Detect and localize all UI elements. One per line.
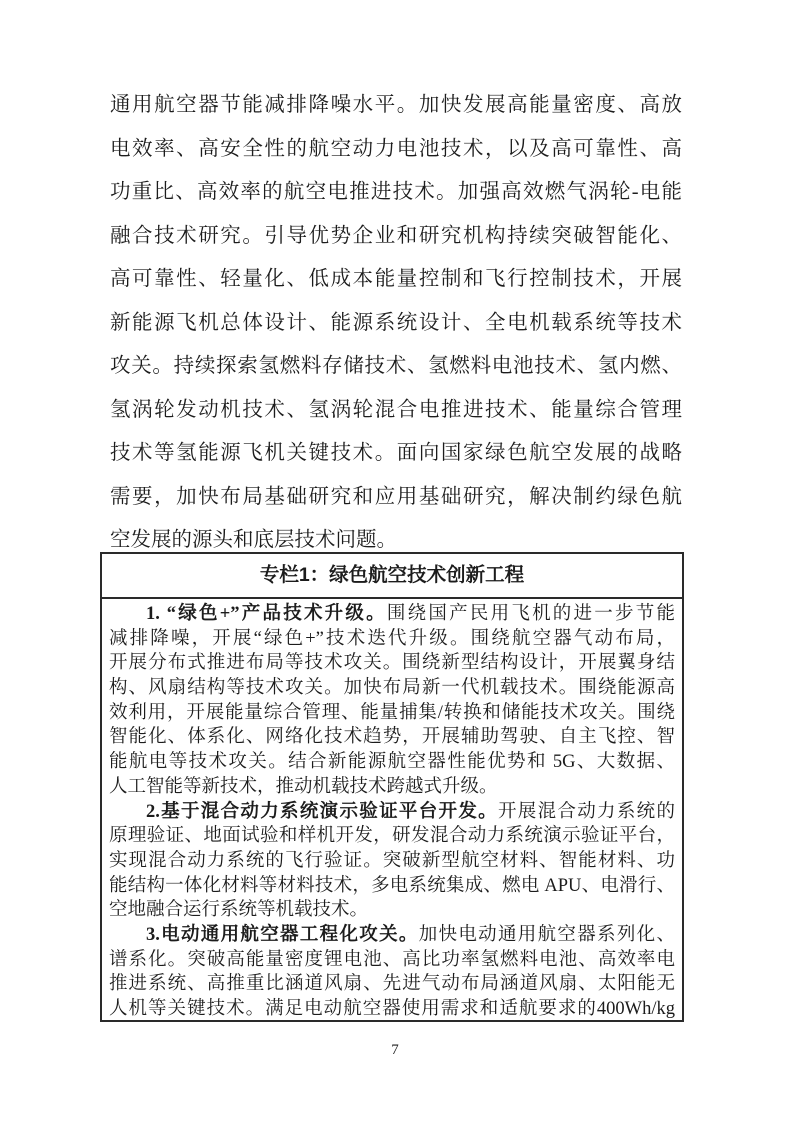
text-run: 减排降噪，开展“绿色+”技术迭代升级。围绕航空器气动布局， (109, 629, 675, 649)
text-run: 能航电等技术攻关。结合新能源航空器性能优势和 5G、大数据、 (109, 752, 675, 772)
text-line: 高可靠性、轻量化、低成本能量控制和飞行控制技术，开展 (110, 258, 682, 302)
text-line: 原理验证、地面试验和样机开发，研发混合动力系统演示验证平台， (109, 824, 675, 849)
text-run: 推进系统、高推重比涵道风扇、先进气动布局涵道风扇、太阳能无 (109, 974, 675, 994)
body-paragraph: 通用航空器节能减排降噪水平。加快发展高能量密度、高放电效率、高安全性的航空动力电… (110, 84, 682, 563)
text-run: 构、风扇结构等技术攻关。加快布局新一代机载技术。围绕能源高 (109, 678, 675, 698)
text-run: 原理验证、地面试验和样机开发，研发混合动力系统演示验证平台， (109, 826, 675, 846)
text-run: 通用航空器节能减排降噪水平。加快发展高能量密度、高放 (110, 94, 682, 116)
text-line: 需要，加快布局基础研究和应用基础研究，解决制约绿色航 (110, 476, 682, 520)
text-run: 融合技术研究。引导优势企业和研究机构持续突破智能化、 (110, 225, 682, 247)
text-line: 推进系统、高推重比涵道风扇、先进气动布局涵道风扇、太阳能无 (109, 972, 675, 997)
text-line: 智能化、体系化、网络化技术趋势，开展辅助驾驶、自主飞控、智 (109, 725, 675, 750)
text-run-bold: 2.基于混合动力系统演示验证平台开发。 (146, 802, 498, 822)
text-line: 电效率、高安全性的航空动力电池技术，以及高可靠性、高 (110, 128, 682, 172)
text-line: 人机等关键技术。满足电动航空器使用需求和适航要求的400Wh/kg (109, 997, 675, 1022)
text-run: 围绕国产民用飞机的进一步节能 (387, 604, 675, 624)
text-run: 技术等氢能源飞机关键技术。面向国家绿色航空发展的战略 (110, 442, 682, 464)
text-line: 新能源飞机总体设计、能源系统设计、全电机载系统等技术 (110, 302, 682, 346)
document-page: 通用航空器节能减排降噪水平。加快发展高能量密度、高放电效率、高安全性的航空动力电… (0, 0, 790, 1123)
text-run: 实现混合动力系统的飞行验证。突破新型航空材料、智能材料、功 (109, 851, 675, 871)
text-run-bold: 1. “绿色+”产品技术升级。 (146, 604, 387, 624)
text-line: 能航电等技术攻关。结合新能源航空器性能优势和 5G、大数据、 (109, 750, 675, 775)
text-line: 通用航空器节能减排降噪水平。加快发展高能量密度、高放 (110, 84, 682, 128)
text-run: 智能化、体系化、网络化技术趋势，开展辅助驾驶、自主飞控、智 (109, 727, 675, 747)
text-line: 3.电动通用航空器工程化攻关。加快电动通用航空器系列化、 (109, 923, 675, 948)
text-line: 空地融合运行系统等机载技术。 (109, 898, 675, 923)
text-run: 功重比、高效率的航空电推进技术。加强高效燃气涡轮-电能 (110, 181, 682, 203)
text-run: 人机等关键技术。满足电动航空器使用需求和适航要求的400Wh/kg (109, 999, 675, 1019)
text-run: 电效率、高安全性的航空动力电池技术，以及高可靠性、高 (110, 138, 682, 160)
text-run: 新能源飞机总体设计、能源系统设计、全电机载系统等技术 (110, 312, 682, 334)
text-line: 减排降噪，开展“绿色+”技术迭代升级。围绕航空器气动布局， (109, 627, 675, 652)
text-line: 攻关。持续探索氢燃料存储技术、氢燃料电池技术、氢内燃、 (110, 345, 682, 389)
text-run: 效利用，开展能量综合管理、能量捕集/转换和储能技术攻关。围绕 (109, 703, 675, 723)
text-run: 能结构一体化材料等材料技术，多电系统集成、燃电 APU、电滑行、 (109, 876, 675, 896)
text-run-bold: 3.电动通用航空器工程化攻关。 (146, 925, 419, 945)
text-line: 人工智能等新技术，推动机载技术跨越式升级。 (109, 775, 675, 800)
text-run: 氢涡轮发动机技术、氢涡轮混合电推进技术、能量综合管理 (110, 399, 682, 421)
text-line: 效利用，开展能量综合管理、能量捕集/转换和储能技术攻关。围绕 (109, 701, 675, 726)
panel-title: 专栏1：绿色航空技术创新工程 (102, 554, 682, 599)
text-run: 加快电动通用航空器系列化、 (419, 925, 675, 945)
text-line: 实现混合动力系统的飞行验证。突破新型航空材料、智能材料、功 (109, 849, 675, 874)
text-line: 能结构一体化材料等材料技术，多电系统集成、燃电 APU、电滑行、 (109, 874, 675, 899)
text-line: 谱系化。突破高能量密度锂电池、高比功率氢燃料电池、高效率电 (109, 948, 675, 973)
panel-content: 1. “绿色+”产品技术升级。围绕国产民用飞机的进一步节能减排降噪，开展“绿色+… (102, 599, 682, 1026)
text-run: 需要，加快布局基础研究和应用基础研究，解决制约绿色航 (110, 486, 682, 508)
text-line: 1. “绿色+”产品技术升级。围绕国产民用飞机的进一步节能 (109, 602, 675, 627)
text-line: 技术等氢能源飞机关键技术。面向国家绿色航空发展的战略 (110, 432, 682, 476)
text-line: 融合技术研究。引导优势企业和研究机构持续突破智能化、 (110, 215, 682, 259)
text-run: 开展分布式推进布局等技术攻关。围绕新型结构设计，开展翼身结 (109, 653, 675, 673)
panel-box: 专栏1：绿色航空技术创新工程 1. “绿色+”产品技术升级。围绕国产民用飞机的进… (100, 552, 684, 1022)
text-line: 功重比、高效率的航空电推进技术。加强高效燃气涡轮-电能 (110, 171, 682, 215)
text-run: 人工智能等新技术，推动机载技术跨越式升级。 (109, 777, 498, 797)
text-run: 空地融合运行系统等机载技术。 (109, 900, 368, 920)
text-run: 空发展的源头和底层技术问题。 (110, 529, 397, 551)
text-line: 构、风扇结构等技术攻关。加快布局新一代机载技术。围绕能源高 (109, 676, 675, 701)
text-run: 高可靠性、轻量化、低成本能量控制和飞行控制技术，开展 (110, 268, 682, 290)
text-run: 谱系化。突破高能量密度锂电池、高比功率氢燃料电池、高效率电 (109, 950, 675, 970)
page-number: 7 (0, 1042, 790, 1059)
text-line: 开展分布式推进布局等技术攻关。围绕新型结构设计，开展翼身结 (109, 651, 675, 676)
text-line: 氢涡轮发动机技术、氢涡轮混合电推进技术、能量综合管理 (110, 389, 682, 433)
text-run: 开展混合动力系统的 (498, 802, 675, 822)
text-line: 2.基于混合动力系统演示验证平台开发。开展混合动力系统的 (109, 800, 675, 825)
text-run: 攻关。持续探索氢燃料存储技术、氢燃料电池技术、氢内燃、 (110, 355, 682, 377)
